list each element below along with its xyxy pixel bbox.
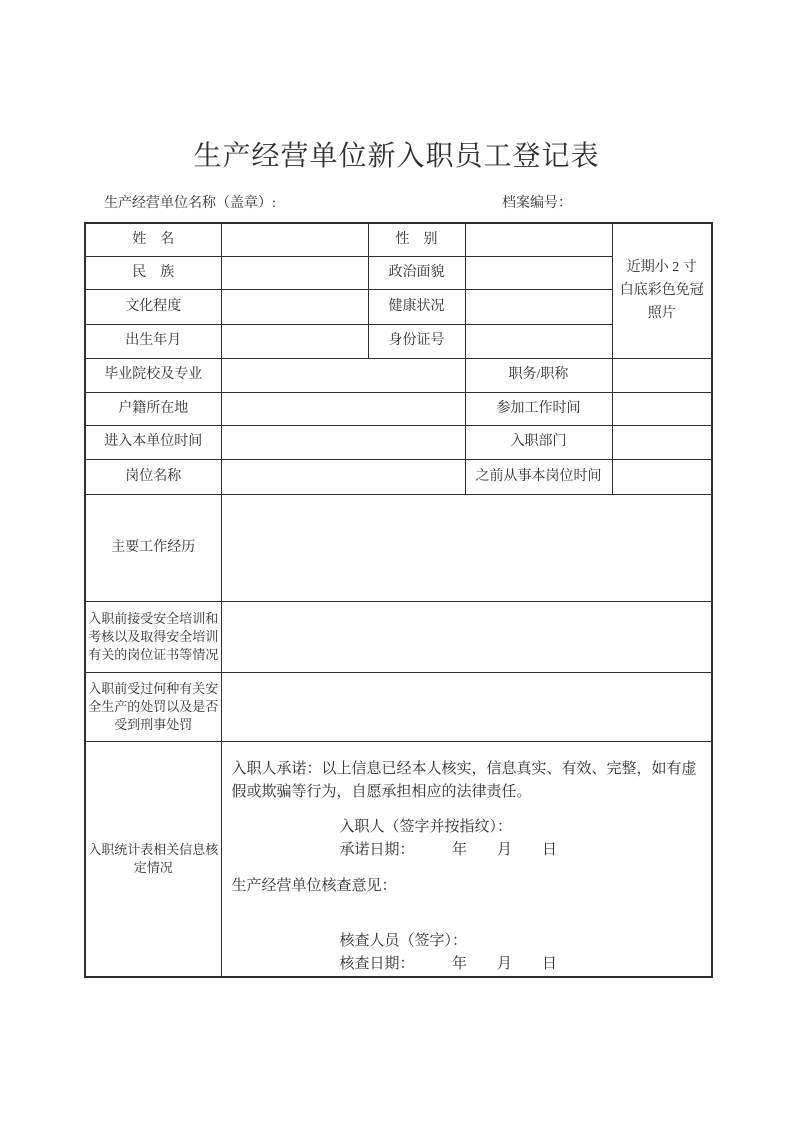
photo-note-line2: 白底彩色免冠: [615, 279, 710, 302]
signer-line: 入职人（签字并按指纹）：: [340, 816, 712, 839]
birth-date-value[interactable]: [221, 324, 368, 358]
table-row: 姓 名 性 别 近期小 2 寸 白底彩色免冠 照片: [85, 223, 712, 256]
post-name-label: 岗位名称: [85, 459, 221, 494]
previous-post-time-value[interactable]: [612, 459, 712, 494]
health-status-label: 健康状况: [368, 289, 465, 324]
position-title-value[interactable]: [612, 358, 712, 392]
household-registration-label: 户籍所在地: [85, 392, 221, 425]
photo-cell: 近期小 2 寸 白底彩色免冠 照片: [612, 223, 712, 358]
post-name-value[interactable]: [221, 459, 465, 494]
graduate-school-label: 毕业院校及专业: [85, 358, 221, 392]
table-row: 毕业院校及专业 职务/职称: [85, 358, 712, 392]
table-row: 入职前受过何种有关安全生产的处罚以及是否受到刑事处罚: [85, 672, 712, 741]
unit-entry-time-value[interactable]: [221, 425, 465, 459]
unit-name-label: 生产经营单位名称（盖章）:: [104, 192, 276, 212]
photo-note-line3: 照片: [615, 302, 710, 325]
position-title-label: 职务/职称: [465, 358, 612, 392]
ethnicity-label: 民 族: [85, 256, 221, 289]
table-row: 户籍所在地 参加工作时间: [85, 392, 712, 425]
birth-date-label: 出生年月: [85, 324, 221, 358]
info-verification-content: 入职人承诺：以上信息已经本人核实，信息真实、有效、完整，如有虚假或欺骗等行为，自…: [221, 741, 712, 977]
review-opinion-title: 生产经营单位核查意见：: [222, 875, 712, 898]
safety-training-label: 入职前接受安全培训和考核以及取得安全培训有关的岗位证书等情况: [85, 601, 221, 672]
ethnicity-value[interactable]: [221, 256, 368, 289]
health-status-value[interactable]: [465, 289, 612, 324]
document-page: 生产经营单位新入职员工登记表 生产经营单位名称（盖章）: 档案编号： 姓 名 性…: [0, 0, 793, 1122]
work-start-time-label: 参加工作时间: [465, 392, 612, 425]
work-history-value[interactable]: [221, 494, 712, 601]
name-value[interactable]: [221, 223, 368, 256]
education-label: 文化程度: [85, 289, 221, 324]
table-row: 入职统计表相关信息核定情况 入职人承诺：以上信息已经本人核实，信息真实、有效、完…: [85, 741, 712, 977]
reviewer-line: 核查人员（签字）：: [340, 930, 712, 953]
safety-training-value[interactable]: [221, 601, 712, 672]
commitment-text: 入职人承诺：以上信息已经本人核实，信息真实、有效、完整，如有虚假或欺骗等行为，自…: [232, 758, 704, 804]
id-number-value[interactable]: [465, 324, 612, 358]
page-title: 生产经营单位新入职员工登记表: [0, 134, 793, 174]
graduate-school-value[interactable]: [221, 358, 465, 392]
gender-value[interactable]: [465, 223, 612, 256]
table-row: 主要工作经历: [85, 494, 712, 601]
info-verification-label: 入职统计表相关信息核定情况: [85, 741, 221, 977]
department-label: 入职部门: [465, 425, 612, 459]
education-value[interactable]: [221, 289, 368, 324]
name-label: 姓 名: [85, 223, 221, 256]
signer-block: 入职人（签字并按指纹）： 承诺日期： 年 月 日: [222, 816, 712, 862]
photo-note-line1: 近期小 2 寸: [615, 256, 710, 279]
review-date-line: 核查日期： 年 月 日: [340, 953, 712, 976]
archive-number-label: 档案编号：: [502, 192, 572, 212]
commit-date-line: 承诺日期： 年 月 日: [340, 839, 712, 862]
gender-label: 性 别: [368, 223, 465, 256]
table-row: 入职前接受安全培训和考核以及取得安全培训有关的岗位证书等情况: [85, 601, 712, 672]
work-start-time-value[interactable]: [612, 392, 712, 425]
household-registration-value[interactable]: [221, 392, 465, 425]
table-row: 进入本单位时间 入职部门: [85, 425, 712, 459]
table-row: 岗位名称 之前从事本岗位时间: [85, 459, 712, 494]
punishment-record-label: 入职前受过何种有关安全生产的处罚以及是否受到刑事处罚: [85, 672, 221, 741]
political-status-value[interactable]: [465, 256, 612, 289]
punishment-record-value[interactable]: [221, 672, 712, 741]
work-history-label: 主要工作经历: [85, 494, 221, 601]
political-status-label: 政治面貌: [368, 256, 465, 289]
registration-form-table: 姓 名 性 别 近期小 2 寸 白底彩色免冠 照片 民 族 政治面貌 文化程度 …: [84, 222, 713, 978]
id-number-label: 身份证号: [368, 324, 465, 358]
unit-entry-time-label: 进入本单位时间: [85, 425, 221, 459]
department-value[interactable]: [612, 425, 712, 459]
reviewer-block: 核查人员（签字）： 核查日期： 年 月 日: [222, 930, 712, 976]
previous-post-time-label: 之前从事本岗位时间: [465, 459, 612, 494]
